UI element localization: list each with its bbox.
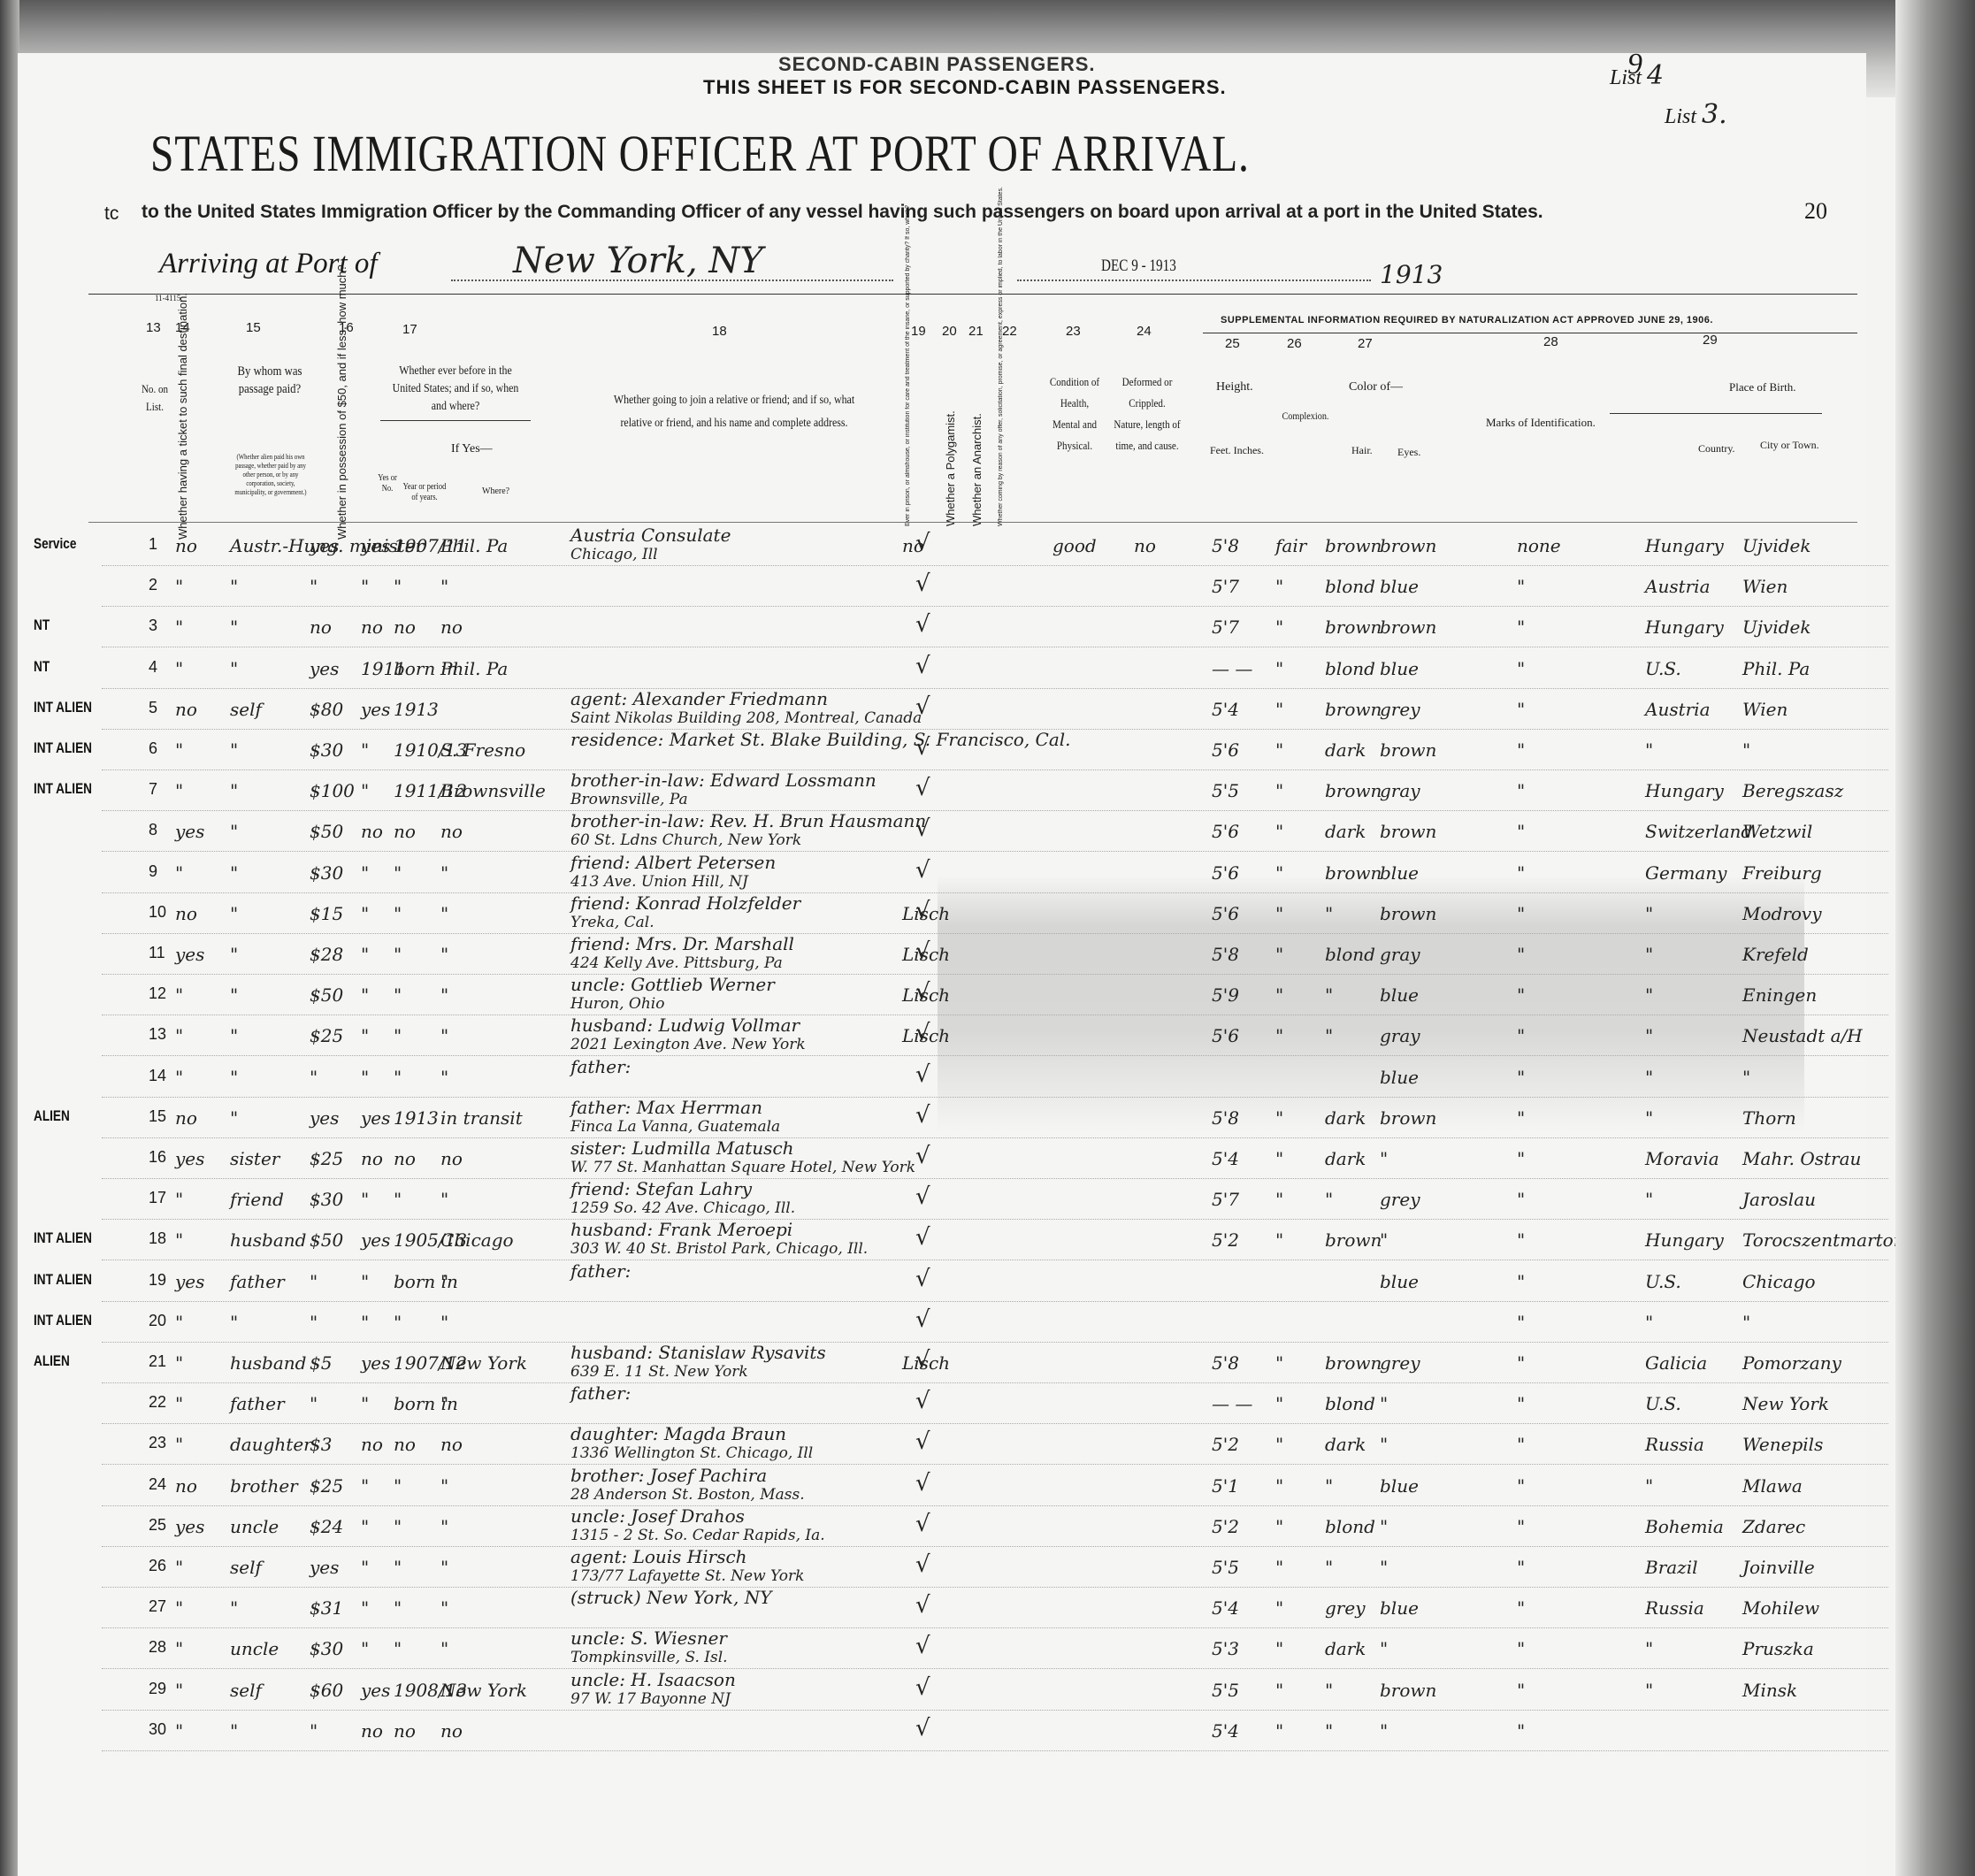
join-address-cell: 173/77 Lafayette St. New York xyxy=(570,1567,804,1585)
checkmark-icon: √ xyxy=(915,653,930,679)
before-cell: " xyxy=(361,576,369,597)
year-cell: " xyxy=(394,576,402,597)
year-cell: " xyxy=(394,1597,402,1619)
hair-cell: dark xyxy=(1325,1148,1366,1169)
column-number: 21 xyxy=(968,324,984,339)
marks-cell: " xyxy=(1517,616,1525,638)
checkmark-icon: √ xyxy=(915,1061,930,1088)
header-bottom-rule xyxy=(88,522,1857,523)
before-cell: no xyxy=(361,616,383,638)
paid-by-cell: uncle xyxy=(230,1638,279,1659)
checkmark-icon: √ xyxy=(915,857,930,884)
column-header-city: City or Town. xyxy=(1760,439,1819,452)
city-cell: Eningen xyxy=(1742,984,1817,1006)
paid-by-cell: " xyxy=(230,903,238,924)
year-cell: no xyxy=(394,821,416,842)
ticket-cell: " xyxy=(175,1229,183,1251)
marks-cell: " xyxy=(1517,576,1525,597)
paid-by-cell: self xyxy=(230,1557,262,1578)
money-cell: $30 xyxy=(310,1638,343,1659)
ticket-cell: no xyxy=(175,1475,197,1497)
country-cell: Moravia xyxy=(1645,1148,1719,1169)
column-number: 19 xyxy=(911,324,926,339)
checkmark-icon: √ xyxy=(915,1266,930,1292)
ticket-cell: " xyxy=(175,862,183,884)
height-cell: — — xyxy=(1212,658,1252,679)
row-number: 6 xyxy=(149,739,157,758)
where-cell: " xyxy=(440,903,448,924)
column-header-health: Condition of Health, Mental and Physical… xyxy=(1048,371,1101,456)
join-address-cell: Yreka, Cal. xyxy=(570,914,655,931)
marks-cell: " xyxy=(1517,1025,1525,1046)
ticket-cell: yes xyxy=(175,944,204,965)
height-cell: 5'2 xyxy=(1212,1516,1239,1537)
date-dotline xyxy=(1017,279,1371,281)
year-cell: " xyxy=(394,944,402,965)
complexion-cell: " xyxy=(1275,739,1283,761)
table-row xyxy=(102,1750,1888,1751)
money-cell: $25 xyxy=(310,1475,343,1497)
before-cell: yes xyxy=(361,1352,390,1374)
city-cell: Beregszasz xyxy=(1742,780,1843,801)
checkmark-icon: √ xyxy=(915,1674,930,1701)
join-cell: sister: Ludmilla Matusch xyxy=(570,1137,794,1159)
eyes-cell: grey xyxy=(1380,1189,1420,1210)
join-address-cell: 1259 So. 42 Ave. Chicago, Ill. xyxy=(570,1199,795,1217)
column-header-where: Where? xyxy=(482,486,509,496)
checkmark-icon: √ xyxy=(915,815,930,842)
money-cell: yes xyxy=(310,535,339,556)
height-cell: 5'2 xyxy=(1212,1434,1239,1455)
where-cell: " xyxy=(440,862,448,884)
supplemental-rule xyxy=(1203,333,1857,333)
ticket-cell: " xyxy=(175,1025,183,1046)
eyes-cell: brown xyxy=(1380,535,1436,556)
city-cell: Pomorzany xyxy=(1742,1352,1841,1374)
table-row xyxy=(102,810,1888,811)
complexion-cell: " xyxy=(1275,1597,1283,1619)
year-cell: no xyxy=(394,1148,416,1169)
table-row xyxy=(102,565,1888,566)
ticket-cell: yes xyxy=(175,1148,204,1169)
height-cell: — — xyxy=(1212,1393,1252,1414)
hair-cell: " xyxy=(1325,903,1333,924)
money-cell: " xyxy=(310,1720,318,1742)
where-cell: " xyxy=(440,1516,448,1537)
table-row xyxy=(102,1137,1888,1138)
paid-by-cell: " xyxy=(230,780,238,801)
money-cell: " xyxy=(310,1271,318,1292)
country-cell: Hungary xyxy=(1645,616,1724,638)
table-row xyxy=(102,1710,1888,1711)
year-cell: no xyxy=(394,1720,416,1742)
height-cell: 5'4 xyxy=(1212,1148,1239,1169)
paid-by-cell: " xyxy=(230,739,238,761)
paid-by-cell: uncle xyxy=(230,1516,279,1537)
marks-cell: " xyxy=(1517,780,1525,801)
marks-cell: " xyxy=(1517,862,1525,884)
country-cell: U.S. xyxy=(1645,1393,1681,1414)
checkmark-icon: √ xyxy=(915,979,930,1006)
where-cell: " xyxy=(440,1271,448,1292)
before-cell: " xyxy=(361,1475,369,1497)
table-row xyxy=(102,647,1888,647)
paid-by-cell: " xyxy=(230,1597,238,1619)
column-header-join-relative: Whether going to join a relative or frie… xyxy=(607,389,862,435)
before-cell: " xyxy=(361,1312,369,1333)
row-number: 21 xyxy=(149,1352,166,1371)
complexion-cell: " xyxy=(1275,903,1283,924)
join-address-cell: 424 Kelly Ave. Pittsburg, Pa xyxy=(570,954,783,972)
hair-cell: blond xyxy=(1325,658,1375,679)
city-cell: Ujvidek xyxy=(1742,535,1811,556)
hair-cell: dark xyxy=(1325,1107,1366,1129)
join-cell: friend: Mrs. Dr. Marshall xyxy=(570,933,794,954)
money-cell: $24 xyxy=(310,1516,343,1537)
complexion-cell: " xyxy=(1275,1189,1283,1210)
marks-cell: " xyxy=(1517,699,1525,720)
money-cell: $31 xyxy=(310,1597,343,1619)
before-cell: " xyxy=(361,944,369,965)
column-header-country: Country. xyxy=(1698,442,1735,456)
row-number: 7 xyxy=(149,780,157,799)
city-cell: Zdarec xyxy=(1742,1516,1805,1537)
column-header-complexion: Complexion. xyxy=(1282,407,1328,425)
checkmark-icon: √ xyxy=(915,611,930,638)
where-cell: Phil. Pa xyxy=(440,658,508,679)
ticket-cell: " xyxy=(175,780,183,801)
join-address-cell: 60 St. Ldns Church, New York xyxy=(570,831,801,849)
row-margin-stamp: INT ALIEN xyxy=(34,1229,92,1247)
join-address-cell: Brownsville, Pa xyxy=(570,791,688,808)
column-number: 26 xyxy=(1287,336,1302,351)
where-cell: " xyxy=(440,1557,448,1578)
country-cell: Russia xyxy=(1645,1597,1704,1619)
money-cell: yes xyxy=(310,1107,339,1129)
subtitle: to the United States Immigration Officer… xyxy=(142,202,1543,223)
table-row xyxy=(102,892,1888,893)
row-number: 18 xyxy=(149,1229,166,1248)
checkmark-icon: √ xyxy=(915,1428,930,1455)
year-cell: " xyxy=(394,1189,402,1210)
join-cell: residence: Market St. Blake Building, S.… xyxy=(570,729,1071,750)
ticket-cell: " xyxy=(175,1352,183,1374)
checkmark-icon: √ xyxy=(915,1388,930,1414)
eyes-cell: blue xyxy=(1380,862,1419,884)
before-cell: " xyxy=(361,1025,369,1046)
row-number: 1 xyxy=(149,535,157,554)
before-cell: " xyxy=(361,1597,369,1619)
complexion-cell: " xyxy=(1275,1475,1283,1497)
paid-by-cell: " xyxy=(230,1025,238,1046)
marks-cell: " xyxy=(1517,944,1525,965)
row-number: 19 xyxy=(149,1271,166,1290)
hair-cell: " xyxy=(1325,1557,1333,1578)
join-address-cell: Huron, Ohio xyxy=(570,995,664,1013)
column-header-place-of-birth: Place of Birth. xyxy=(1729,380,1795,394)
country-cell: Switzerland xyxy=(1645,821,1752,842)
city-cell: Mlawa xyxy=(1742,1475,1803,1497)
ticket-cell: no xyxy=(175,903,197,924)
join-cell: (struck) New York, NY xyxy=(570,1587,771,1608)
row-margin-stamp: INT ALIEN xyxy=(34,1312,92,1329)
row-number: 16 xyxy=(149,1148,166,1167)
column-number: 20 xyxy=(942,324,957,339)
complexion-cell: " xyxy=(1275,1680,1283,1701)
where-cell: " xyxy=(440,1312,448,1333)
city-cell: Pruszka xyxy=(1742,1638,1814,1659)
hair-cell: brown xyxy=(1325,535,1382,556)
row-number: 26 xyxy=(149,1557,166,1575)
height-cell: 5'5 xyxy=(1212,1557,1239,1578)
column-17-rule xyxy=(380,420,531,421)
ticket-cell: " xyxy=(175,1720,183,1742)
eyes-cell: gray xyxy=(1380,780,1420,801)
page-edge-shadow xyxy=(1895,0,1975,1876)
city-cell: " xyxy=(1742,1067,1750,1088)
before-cell: " xyxy=(361,1516,369,1537)
column-header-hair: Hair. xyxy=(1351,444,1373,457)
where-cell: " xyxy=(440,1025,448,1046)
eyes-cell: " xyxy=(1380,1434,1388,1455)
row-number: 11 xyxy=(149,944,165,962)
join-address-cell: 303 W. 40 St. Bristol Park, Chicago, Ill… xyxy=(570,1240,868,1258)
row-margin-stamp: INT ALIEN xyxy=(34,780,92,798)
marks-cell: " xyxy=(1517,1107,1525,1129)
ticket-cell: yes xyxy=(175,1271,204,1292)
where-cell: New York xyxy=(440,1352,527,1374)
column-number: 17 xyxy=(402,322,417,337)
eyes-cell: " xyxy=(1380,1393,1388,1414)
country-cell: Hungary xyxy=(1645,1229,1724,1251)
before-cell: " xyxy=(361,862,369,884)
row-number: 2 xyxy=(149,576,157,594)
marks-cell: " xyxy=(1517,1352,1525,1374)
year-cell: " xyxy=(394,862,402,884)
paid-by-cell: father xyxy=(230,1271,285,1292)
join-cell: Austria Consulate xyxy=(570,525,731,546)
column-header-eyes: Eyes. xyxy=(1397,446,1420,459)
city-cell: Ujvidek xyxy=(1742,616,1811,638)
city-cell: " xyxy=(1742,739,1750,761)
eyes-cell: blue xyxy=(1380,576,1419,597)
row-number: 5 xyxy=(149,699,157,717)
city-cell: Torocszentmarton xyxy=(1742,1229,1905,1251)
complexion-cell: " xyxy=(1275,1025,1283,1046)
table-row xyxy=(102,1178,1888,1179)
paid-by-cell: " xyxy=(230,862,238,884)
complexion-cell: " xyxy=(1275,780,1283,801)
where-cell: no xyxy=(440,821,463,842)
money-cell: " xyxy=(310,1312,318,1333)
paid-by-cell: " xyxy=(230,1107,238,1129)
table-row xyxy=(102,1587,1888,1588)
deformed-cell: no xyxy=(1134,535,1156,556)
column-header-yes-no: Yes or No. xyxy=(378,473,397,494)
table-row xyxy=(102,606,1888,607)
complexion-cell: " xyxy=(1275,1434,1283,1455)
list-front-label: List 3. xyxy=(1665,99,1727,130)
column-header-fifty-dollars: Whether in possession of $50, and if les… xyxy=(336,354,348,540)
hair-cell: " xyxy=(1325,1475,1333,1497)
row-margin-stamp: INT ALIEN xyxy=(34,1271,92,1289)
table-row xyxy=(102,1055,1888,1056)
where-cell: no xyxy=(440,1720,463,1742)
country-cell: U.S. xyxy=(1645,1271,1681,1292)
complexion-cell: " xyxy=(1275,1229,1283,1251)
year-cell: 1913 xyxy=(394,1107,439,1129)
checkmark-icon: √ xyxy=(915,775,930,801)
column-header-polygamist: Whether a Polygamist. xyxy=(945,358,957,526)
eyes-cell: blue xyxy=(1380,1597,1419,1619)
join-address-cell: 639 E. 11 St. New York xyxy=(570,1363,748,1381)
join-address-cell: 413 Ave. Union Hill, NJ xyxy=(570,873,748,891)
money-cell: $80 xyxy=(310,699,343,720)
row-margin-stamp: Service xyxy=(34,535,76,553)
supplemental-banner: SUPPLEMENTAL INFORMATION REQUIRED BY NAT… xyxy=(1221,315,1713,325)
header-rule xyxy=(88,294,1857,295)
marks-cell: " xyxy=(1517,1148,1525,1169)
hair-cell: brown xyxy=(1325,616,1382,638)
hair-cell: brown xyxy=(1325,1352,1382,1374)
before-cell: " xyxy=(361,739,369,761)
marks-cell: " xyxy=(1517,984,1525,1006)
where-cell: S. Fresno xyxy=(440,739,525,761)
join-address-cell: 2021 Lexington Ave. New York xyxy=(570,1036,806,1053)
marks-cell: " xyxy=(1517,1189,1525,1210)
join-address-cell: Finca La Vanna, Guatemala xyxy=(570,1118,780,1136)
city-cell: Minsk xyxy=(1742,1680,1797,1701)
column-header-contract-labor: Whether coming by reason of any offer, s… xyxy=(998,358,1005,526)
country-cell: Bohemia xyxy=(1645,1516,1724,1537)
before-cell: no xyxy=(361,1148,383,1169)
complexion-cell: " xyxy=(1275,1557,1283,1578)
marks-cell: " xyxy=(1517,1393,1525,1414)
complexion-cell: " xyxy=(1275,1393,1283,1414)
country-cell: " xyxy=(1645,1638,1653,1659)
before-cell: yes xyxy=(361,1229,390,1251)
ticket-cell: no xyxy=(175,699,197,720)
before-cell: " xyxy=(361,1393,369,1414)
money-cell: " xyxy=(310,576,318,597)
row-number: 22 xyxy=(149,1393,166,1412)
where-cell: Brownsville xyxy=(440,780,546,801)
marks-cell: " xyxy=(1517,1557,1525,1578)
marks-cell: " xyxy=(1517,1638,1525,1659)
paid-by-cell: " xyxy=(230,658,238,679)
city-cell: New York xyxy=(1742,1393,1829,1414)
where-cell: in transit xyxy=(440,1107,523,1129)
join-cell: uncle: S. Wiesner xyxy=(570,1627,727,1649)
marks-cell: " xyxy=(1517,903,1525,924)
eyes-cell: gray xyxy=(1380,1025,1420,1046)
join-address-cell: Tompkinsville, S. Isl. xyxy=(570,1649,728,1666)
money-cell: $30 xyxy=(310,1189,343,1210)
before-cell: no xyxy=(361,1720,383,1742)
eyes-cell: blue xyxy=(1380,1271,1419,1292)
row-number: 29 xyxy=(149,1680,166,1698)
before-cell: no xyxy=(361,1434,383,1455)
row-number: 14 xyxy=(149,1067,166,1085)
eyes-cell: gray xyxy=(1380,944,1420,965)
column-number: 24 xyxy=(1137,324,1152,339)
marks-cell: " xyxy=(1517,1067,1525,1088)
where-cell: " xyxy=(440,1393,448,1414)
eyes-cell: grey xyxy=(1380,1352,1420,1374)
country-cell: Hungary xyxy=(1645,780,1724,801)
row-number: 20 xyxy=(149,1312,166,1330)
list-number: 4 xyxy=(1647,60,1664,91)
back-sheet-label: SECOND-CABIN PASSENGERS. xyxy=(778,53,1096,76)
marks-cell: " xyxy=(1517,1434,1525,1455)
city-cell: Wien xyxy=(1742,576,1787,597)
paid-by-cell: daughter xyxy=(230,1434,312,1455)
paid-by-cell: self xyxy=(230,699,262,720)
year-cell: " xyxy=(394,1312,402,1333)
join-cell: father: xyxy=(570,1260,631,1282)
ticket-cell: " xyxy=(175,739,183,761)
complexion-cell: " xyxy=(1275,944,1283,965)
column-number: 25 xyxy=(1225,336,1240,351)
checkmark-icon: √ xyxy=(915,1470,930,1497)
money-cell: $28 xyxy=(310,944,343,965)
ticket-cell: " xyxy=(175,1638,183,1659)
ticket-cell: " xyxy=(175,1067,183,1088)
join-cell: husband: Ludwig Vollmar xyxy=(570,1015,800,1036)
height-cell: 5'3 xyxy=(1212,1638,1239,1659)
paid-by-cell: husband xyxy=(230,1229,306,1251)
row-number: 3 xyxy=(149,616,157,635)
join-cell: friend: Konrad Holzfelder xyxy=(570,892,800,914)
complexion-cell: " xyxy=(1275,821,1283,842)
year-cell: " xyxy=(394,1475,402,1497)
column-number: 23 xyxy=(1066,324,1081,339)
join-address-cell: 1336 Wellington St. Chicago, Ill xyxy=(570,1444,813,1462)
eyes-cell: brown xyxy=(1380,616,1436,638)
where-cell: New York xyxy=(440,1680,527,1701)
ticket-cell: no xyxy=(175,1107,197,1129)
row-number: 23 xyxy=(149,1434,166,1452)
join-cell: agent: Louis Hirsch xyxy=(570,1546,747,1567)
eyes-cell: " xyxy=(1380,1638,1388,1659)
table-row xyxy=(102,1015,1888,1015)
money-cell: $25 xyxy=(310,1025,343,1046)
money-cell: $50 xyxy=(310,821,343,842)
city-cell: Wien xyxy=(1742,699,1787,720)
checkmark-icon: √ xyxy=(915,1102,930,1129)
where-cell: Chicago xyxy=(440,1229,514,1251)
country-cell: Russia xyxy=(1645,1434,1704,1455)
join-cell: father: xyxy=(570,1382,631,1404)
paid-by-cell: " xyxy=(230,944,238,965)
marks-cell: " xyxy=(1517,1720,1525,1742)
money-cell: $100 xyxy=(310,780,355,801)
height-cell: 5'2 xyxy=(1212,1229,1239,1251)
table-row xyxy=(102,933,1888,934)
country-cell: " xyxy=(1645,1067,1653,1088)
country-cell: Austria xyxy=(1645,699,1711,720)
money-cell: no xyxy=(310,616,332,638)
ticket-cell: " xyxy=(175,1680,183,1701)
column-29-rule xyxy=(1610,413,1822,414)
checkmark-icon: √ xyxy=(915,1143,930,1169)
column-number: 27 xyxy=(1358,336,1373,351)
height-cell: 5'9 xyxy=(1212,984,1239,1006)
hair-cell: brown xyxy=(1325,699,1382,720)
row-margin-stamp: ALIEN xyxy=(34,1352,70,1370)
city-cell: Chicago xyxy=(1742,1271,1816,1292)
eyes-cell: blue xyxy=(1380,1475,1419,1497)
